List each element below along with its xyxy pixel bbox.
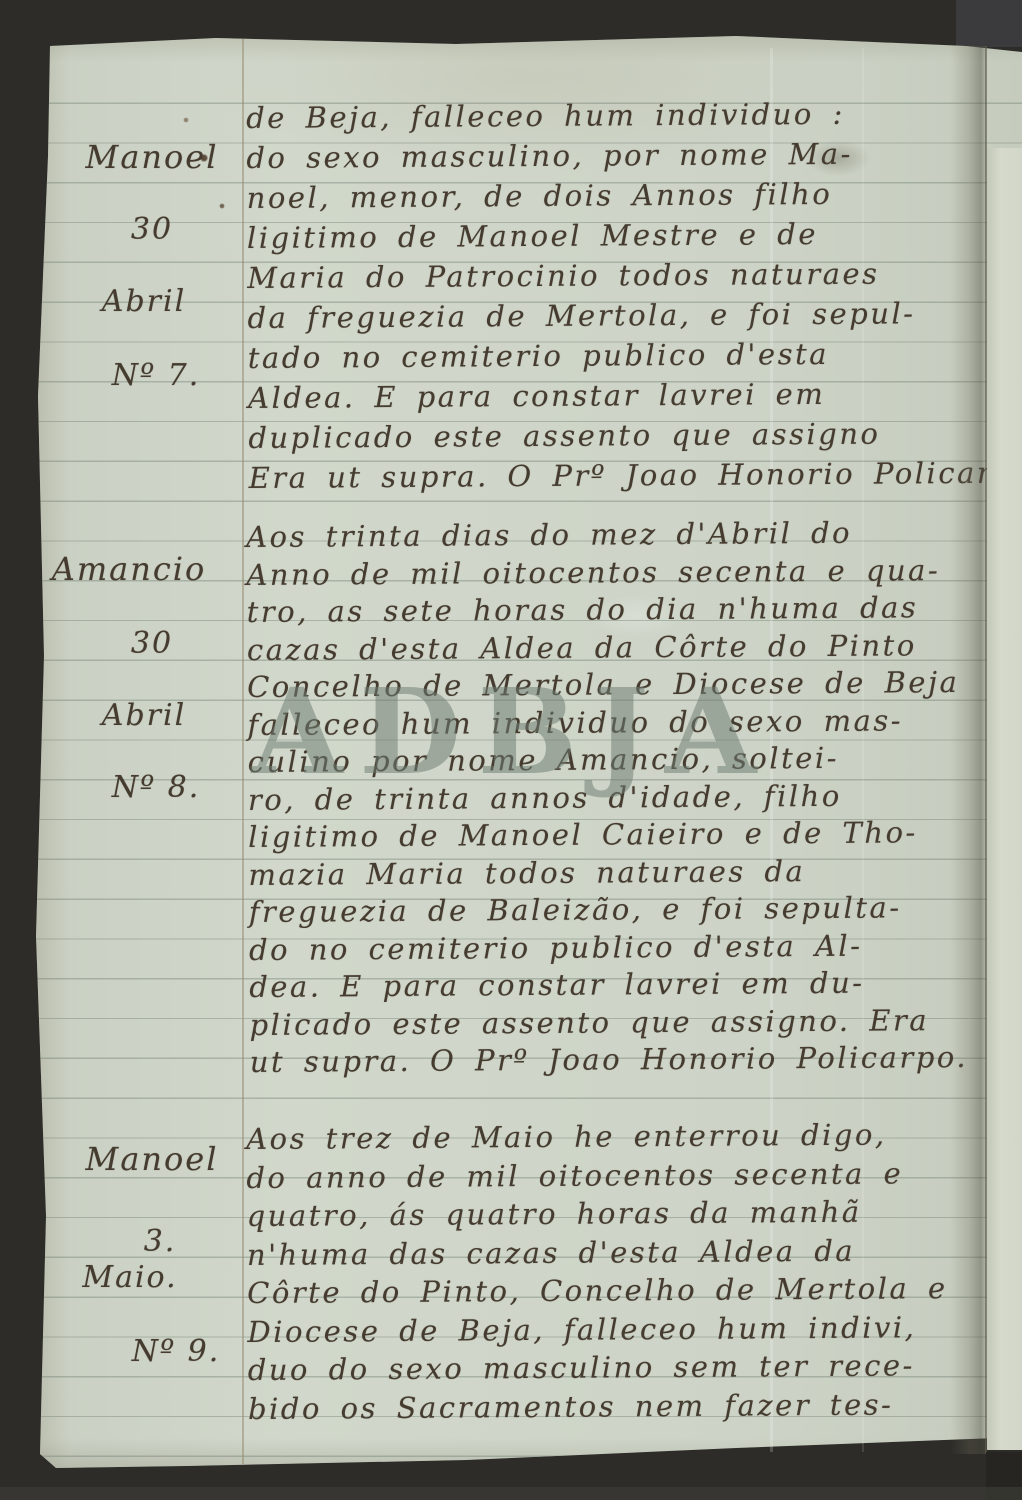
manuscript-line: Aldea. E para constar lavrei em (248, 373, 1000, 418)
manuscript-line: noel, menor, de dois Annos filho (247, 173, 999, 218)
margin-entry-number: Nº 9. (86, 1334, 266, 1369)
manuscript-line: Era ut supra. O Prº Joao Honorio Policar… (249, 453, 1001, 498)
margin-entry-number: Nº 8. (66, 770, 246, 805)
backdrop-light-patch (956, 0, 1022, 47)
manuscript-line: de Beja, falleceo hum individuo : (246, 93, 998, 138)
manuscript-line: n'huma das cazas d'esta Aldea da (247, 1230, 999, 1274)
manuscript-line: dea. E para constar lavrei em du- (249, 964, 1001, 1007)
manuscript-line: culino por nome Amancio, soltei- (248, 739, 1000, 782)
manuscript-line: Côrte do Pinto, Concelho de Mertola e (247, 1269, 999, 1313)
archival-scan: Manoel 30 Abril Nº 7. de Beja, falleceo … (0, 0, 1022, 1500)
binding-fold-shadow (950, 46, 986, 1454)
manuscript-line: ro, de trinta annos d'idade, filho (248, 776, 1000, 819)
margin-entry-number: Nº 7. (66, 358, 246, 393)
margin-month: Maio. (40, 1260, 220, 1295)
entry-body: Aos trez de Maio he enterrou digo, do an… (246, 1115, 1000, 1428)
manuscript-line: Aos trinta dias do mez d'Abril do (246, 514, 998, 557)
entry-body: de Beja, falleceo hum individuo : do sex… (246, 93, 1001, 498)
manuscript-line: tado no cemiterio publico d'esta (248, 333, 1000, 378)
manuscript-line: da freguezia de Mertola, e foi sepul- (247, 293, 999, 338)
manuscript-line: Aos trez de Maio he enterrou digo, (246, 1115, 998, 1159)
manuscript-line: bido os Sacramentos nem fazer tes- (248, 1384, 1000, 1428)
margin-name: Amancio (14, 550, 244, 588)
manuscript-line: mazia Maria todos naturaes da (248, 851, 1000, 894)
backdrop-bottom-band (0, 1487, 1022, 1500)
margin-name: Manoel (62, 138, 242, 176)
manuscript-line: falleceo hum individuo do sexo mas- (247, 701, 999, 744)
manuscript-line: ut supra. O Prº Joao Honorio Policarpo. (250, 1039, 1002, 1082)
manuscript-line: duo do sexo masculino sem ter rece- (248, 1346, 1000, 1390)
manuscript-line: Diocese de Beja, falleceo hum indivi, (247, 1307, 999, 1351)
manuscript-line: do anno de mil oitocentos secenta e (246, 1153, 998, 1197)
margin-day: 30 (62, 626, 242, 661)
manuscript-line: quatro, ás quatro horas da manhã (247, 1192, 999, 1236)
margin-name: Manoel (62, 1140, 242, 1178)
manuscript-line: cazas d'esta Aldea da Côrte do Pinto (247, 626, 999, 669)
manuscript-line: plicado este assento que assigno. Era (249, 1001, 1001, 1044)
manuscript-line: Maria do Patrocinio todos naturaes (247, 253, 999, 298)
manuscript-line: tro, as sete horas do dia n'huma das (247, 589, 999, 632)
manuscript-line: do sexo masculino, por nome Ma- (246, 133, 998, 178)
margin-month: Abril (54, 698, 234, 733)
margin-month: Abril (54, 284, 234, 319)
manuscript-line: duplicado este assento que assigno (248, 413, 1000, 458)
manuscript-line: do no cemiterio publico d'esta Al- (249, 926, 1001, 969)
manuscript-line: freguezia de Baleizão, e foi sepulta- (249, 889, 1001, 932)
margin-day: 30 (62, 212, 242, 247)
manuscript-line: Anno de mil oitocentos secenta e qua- (246, 551, 998, 594)
manuscript-line: ligitimo de Manoel Mestre e de (247, 213, 999, 258)
manuscript-line: ligitimo de Manoel Caieiro e de Tho- (248, 814, 1000, 857)
entry-body: Aos trinta dias do mez d'Abril do Anno d… (246, 514, 1002, 1082)
manuscript-line: Concelho de Mertola e Diocese de Beja (247, 664, 999, 707)
margin-day: 3. (70, 1224, 250, 1259)
adjacent-page-sliver (987, 148, 1022, 1450)
